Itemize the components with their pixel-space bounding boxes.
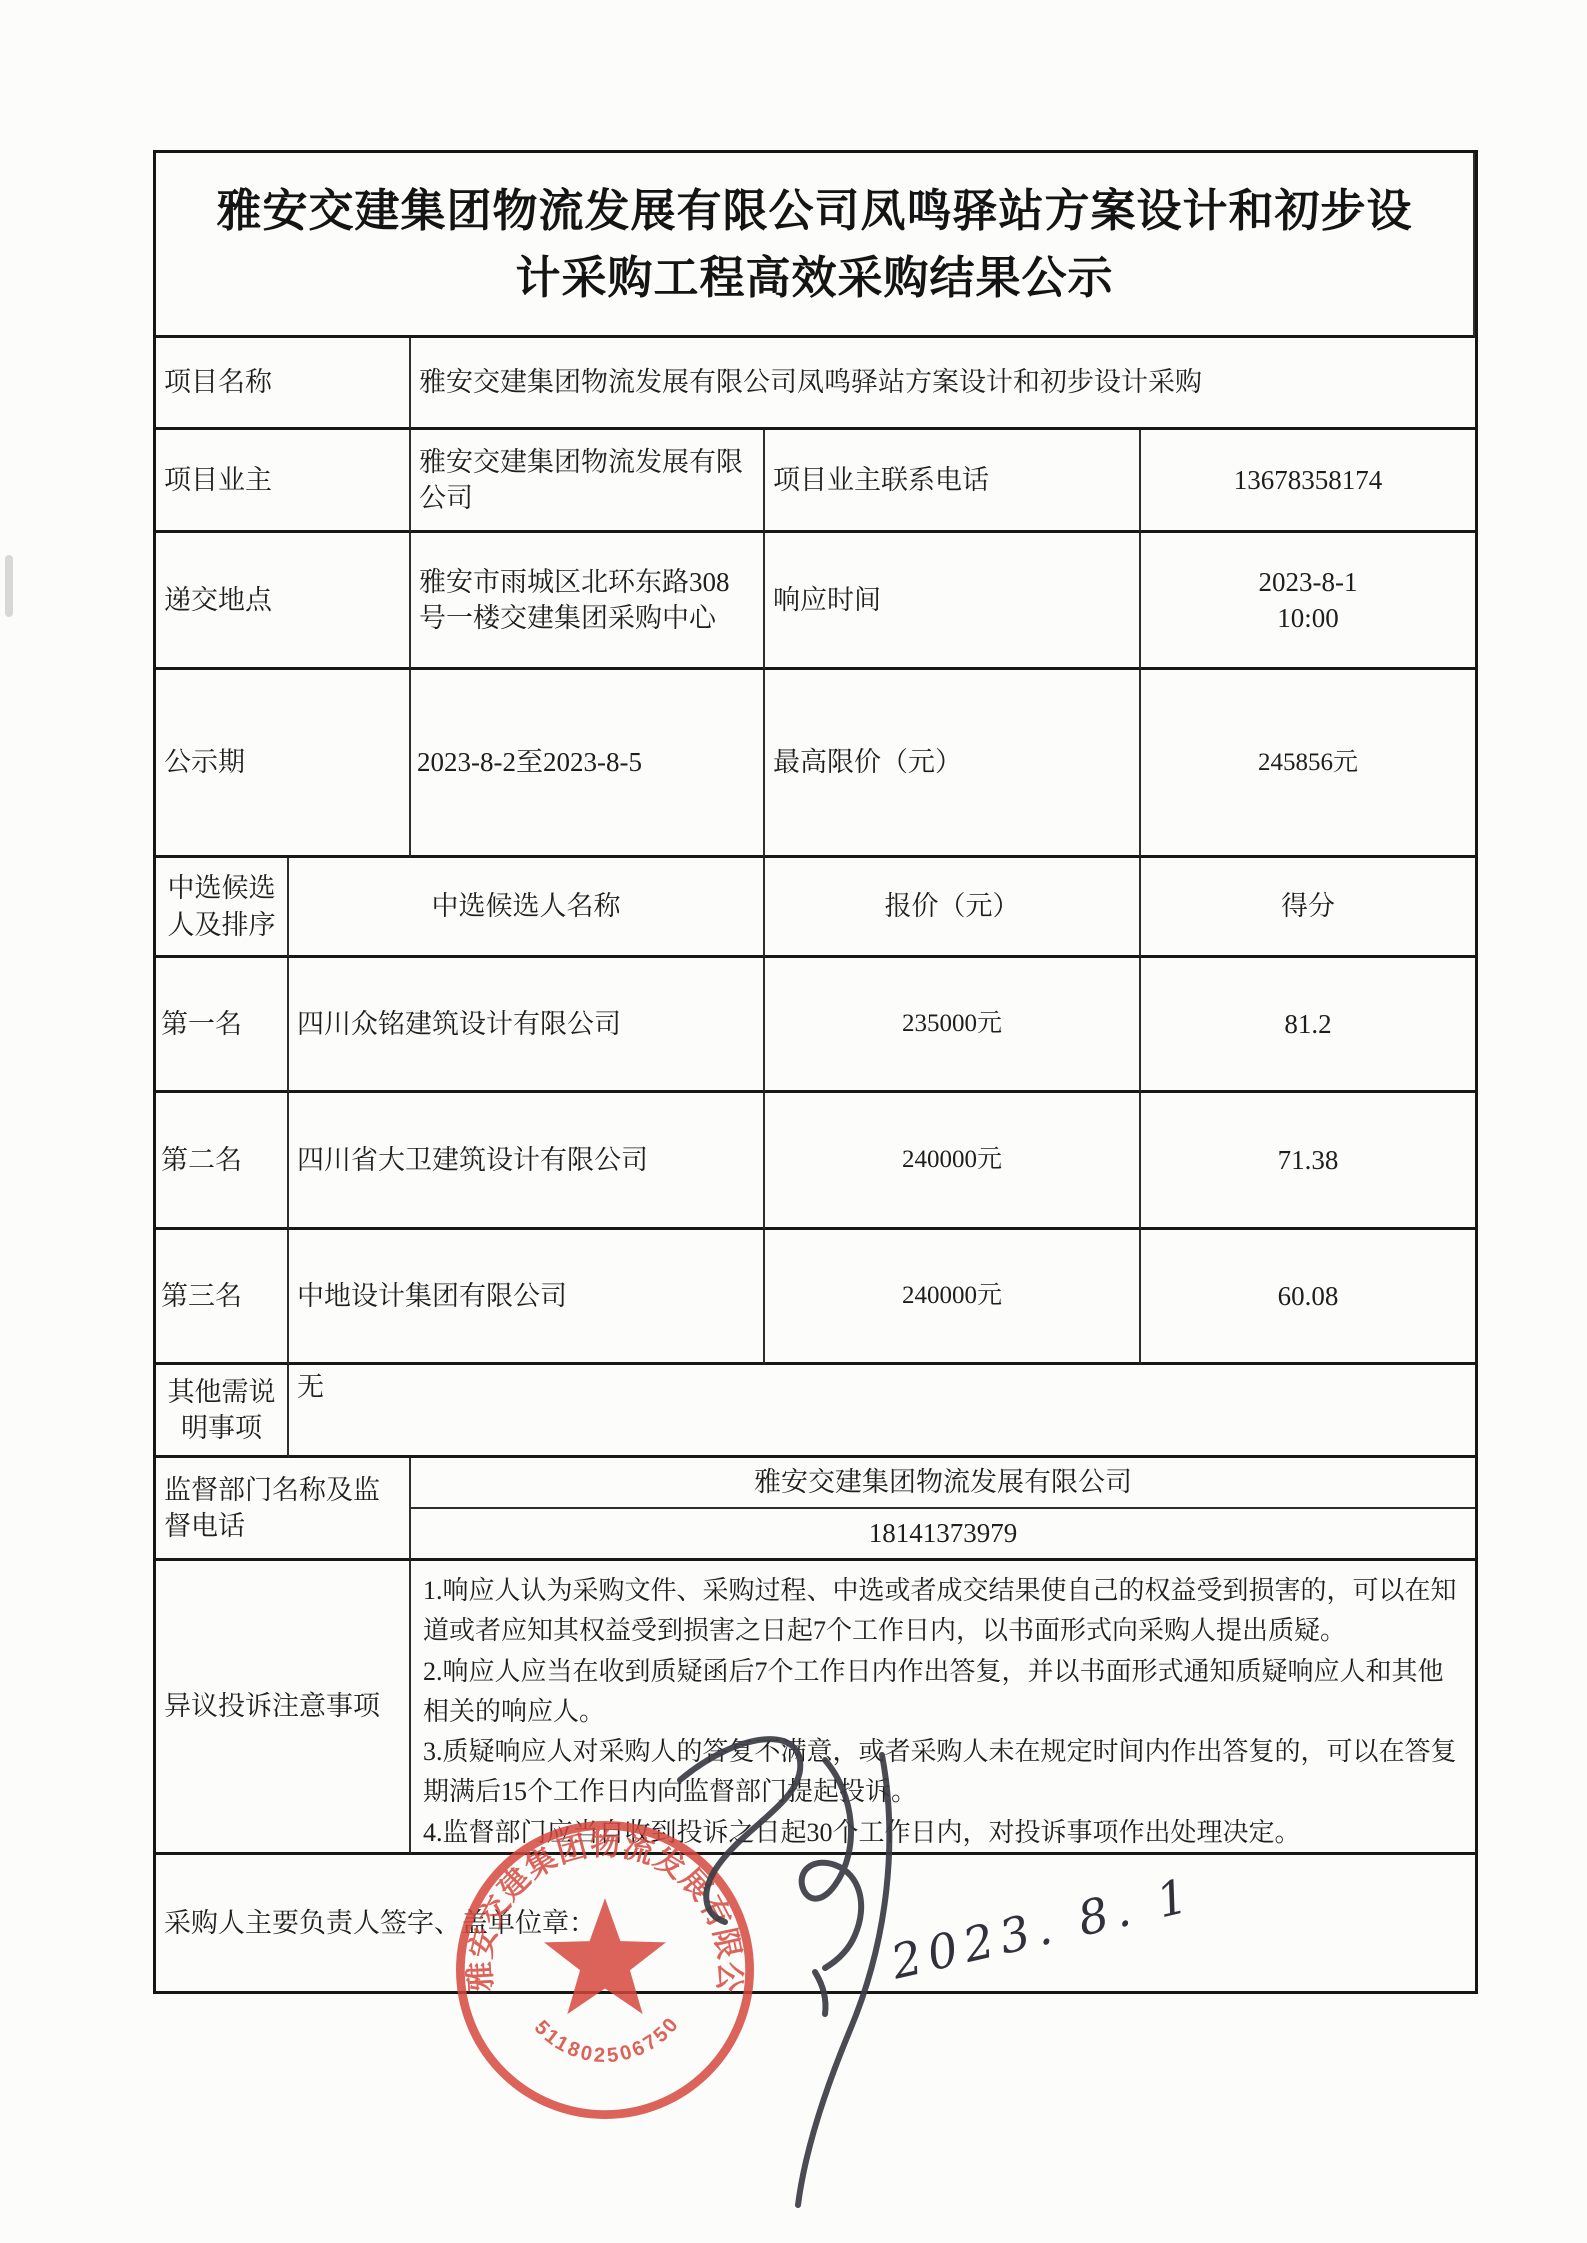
owner-phone-value: 13678358174 [1141,430,1475,533]
candidate-name: 中地设计集团有限公司 [289,1230,765,1365]
response-time-value: 2023-8-1 10:00 [1141,533,1475,670]
publicity-period-label: 公示期 [156,670,411,858]
owner-value: 雅安交建集团物流发展有限公司 [411,430,765,533]
supervision-values: 雅安交建集团物流发展有限公司 18141373979 [411,1458,1475,1561]
scanned-document-page: { "title": "雅安交建集团物流发展有限公司凤鸣驿站方案设计和初步设计采… [0,0,1587,2243]
candidate-name: 四川省大卫建筑设计有限公司 [289,1093,765,1230]
candidate-rank: 第三名 [156,1230,289,1365]
response-time-date: 2023-8-1 [1259,564,1358,600]
candidate-score: 81.2 [1141,958,1475,1093]
response-time-label: 响应时间 [765,533,1141,670]
candidates-rank-header: 中选候选人及排序 [156,858,289,958]
candidate-price: 235000元 [765,958,1141,1093]
objection-item: 1.响应人认为采购文件、采购过程、中选或者成交结果使自己的权益受到损害的，可以在… [423,1571,1463,1652]
max-price-label: 最高限价（元） [765,670,1141,858]
supervision-department: 雅安交建集团物流发展有限公司 [411,1458,1475,1509]
candidate-name: 四川众铭建筑设计有限公司 [289,958,765,1093]
owner-label: 项目业主 [156,430,411,533]
scan-artifact [5,555,13,617]
signature-stroke [815,1972,826,2014]
max-price-value: 245856元 [1141,670,1475,858]
submit-place-value: 雅安市雨城区北环东路308号一楼交建集团采购中心 [411,533,765,670]
candidate-score: 60.08 [1141,1230,1475,1365]
project-name-label: 项目名称 [156,338,411,430]
candidate-rank: 第二名 [156,1093,289,1230]
candidate-price: 240000元 [765,1230,1141,1365]
signature-stroke [680,1739,800,1922]
candidates-score-header: 得分 [1141,858,1475,958]
objection-label: 异议投诉注意事项 [156,1561,411,1855]
signature-stroke [798,1755,889,2205]
submit-place-label: 递交地点 [156,533,411,670]
document-title: 雅安交建集团物流发展有限公司凤鸣驿站方案设计和初步设计采购工程高效采购结果公示 [156,153,1475,338]
candidate-rank: 第一名 [156,958,289,1093]
candidates-name-header: 中选候选人名称 [289,858,765,958]
publicity-period-value: 2023-8-2至2023-8-5 [411,670,765,858]
owner-phone-label: 项目业主联系电话 [765,430,1141,533]
other-notes-value: 无 [289,1365,1475,1458]
supervision-label: 监督部门名称及监督电话 [156,1458,411,1561]
candidate-score: 71.38 [1141,1093,1475,1230]
supervision-phone: 18141373979 [411,1509,1475,1558]
other-notes-label: 其他需说明事项 [156,1365,289,1458]
response-time-clock: 10:00 [1277,600,1339,636]
candidate-price: 240000元 [765,1093,1141,1230]
candidates-price-header: 报价（元） [765,858,1141,958]
signature-stroke [802,1760,862,1968]
project-name-value: 雅安交建集团物流发展有限公司凤鸣驿站方案设计和初步设计采购 [411,338,1475,430]
